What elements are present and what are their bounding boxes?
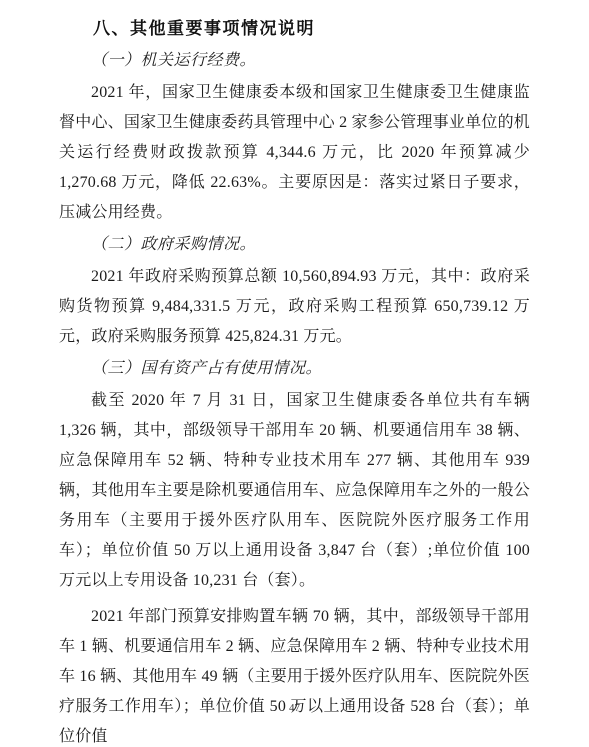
paragraph-state-owned-assets-planned: 2021 年部门预算安排购置车辆 70 辆，其中，部级领导干部用车 1 辆、机要… xyxy=(59,602,530,747)
document-content: 八、其他重要事项情况说明 （一）机关运行经费。 2021 年，国家卫生健康委本级… xyxy=(59,13,530,747)
paragraph-government-procurement: 2021 年政府采购预算总额 10,560,894.93 万元，其中：政府采购货… xyxy=(59,262,530,352)
subsection-title-state-owned-assets: （三）国有资产占有使用情况。 xyxy=(59,354,530,384)
document-page: 八、其他重要事项情况说明 （一）机关运行经费。 2021 年，国家卫生健康委本级… xyxy=(0,0,589,747)
subsection-title-agency-operating-expense: （一）机关运行经费。 xyxy=(59,46,530,76)
page-number: 47 xyxy=(0,702,589,714)
paragraph-agency-operating-expense: 2021 年，国家卫生健康委本级和国家卫生健康委卫生健康监督中心、国家卫生健康委… xyxy=(59,78,530,228)
document-heading: 八、其他重要事项情况说明 xyxy=(59,13,530,44)
subsection-title-government-procurement: （二）政府采购情况。 xyxy=(59,230,530,260)
paragraph-state-owned-assets-current: 截至 2020 年 7 月 31 日，国家卫生健康委各单位共有车辆 1,326 … xyxy=(59,386,530,596)
